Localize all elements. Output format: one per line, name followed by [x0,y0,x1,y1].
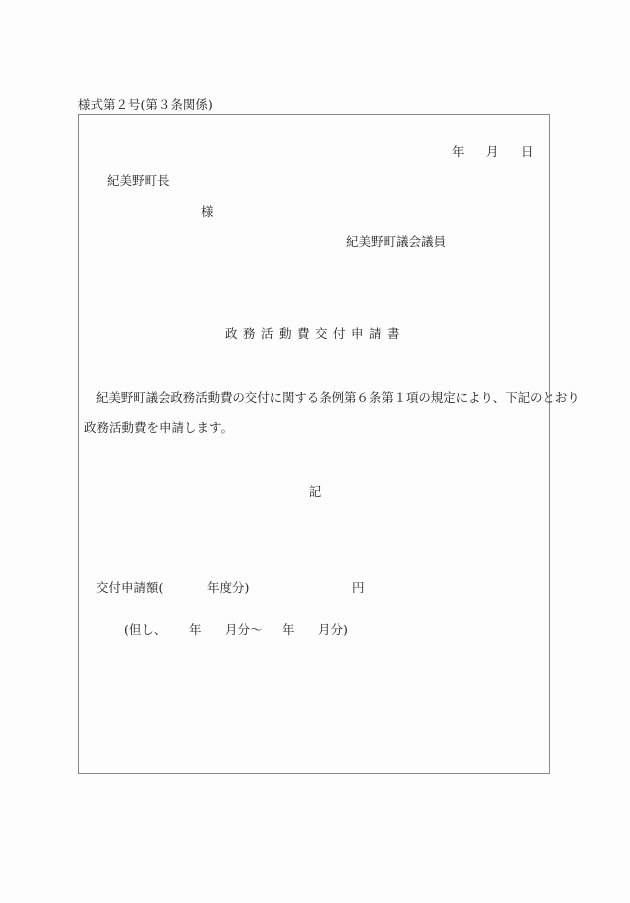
amount-label: 交付申請額( [96,578,163,596]
body-text-line-1: 紀美野町議会政務活動費の交付に関する条例第６条第１項の規定により、下記のとおり [96,388,580,406]
amount-currency-unit: 円 [352,578,365,596]
applicant-title: 紀美野町議会議員 [346,232,446,250]
date-day-unit: 日 [521,142,534,160]
body-text-line-2: 政務活動費を申請します。 [84,418,233,436]
addressee: 紀美野町長 [107,171,170,189]
period-start-month-unit: 月分～ [225,620,263,638]
document-title: 政務活動費交付申請書 [0,324,630,342]
form-frame [78,114,550,774]
date-year-unit: 年 [452,142,465,160]
period-start-year-unit: 年 [189,620,202,638]
period-prefix: (但し、 [124,620,166,638]
honorific: 様 [201,202,214,220]
ki-heading: 記 [0,482,630,500]
date-month-unit: 月 [486,142,499,160]
period-end-year-unit: 年 [282,620,295,638]
period-end-month-unit: 月分) [318,620,348,638]
amount-fiscal-year-unit: 年度分) [207,578,249,596]
form-number-label: 様式第２号(第３条関係) [78,95,213,113]
